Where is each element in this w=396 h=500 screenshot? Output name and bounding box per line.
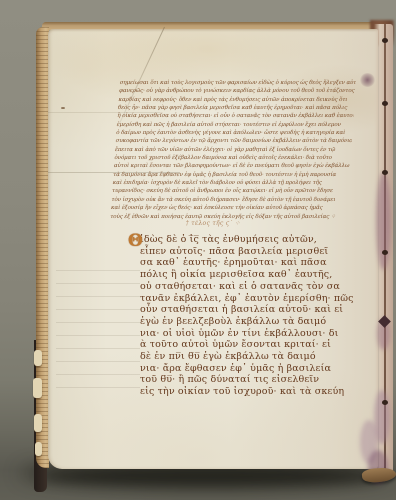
commentary-line: τυραννίδος· σκεύη δὲ αὐτοῦ οἱ ἄνθρωποι ἐ…	[112, 187, 349, 195]
sewing-stitch	[382, 38, 388, 43]
commentary-line: ἢ οἰκία μερισθεῖσα οὐ σταθήσεται· εἰ οὖν…	[117, 112, 354, 120]
commentary-line: φανερῶς· οὐ γὰρ ἀνθρώπου τὸ γινώσκειν κα…	[119, 87, 356, 95]
commentary-line: ἐμερίσθη καὶ πῶς ἡ βασιλεία αὐτοῦ στήσετ…	[116, 121, 353, 129]
purple-gutter-stain	[376, 172, 391, 270]
binding-gutter	[374, 24, 393, 472]
gospel-line: οὐ σταθήσεται· καὶ εἰ ὁ σατανᾶς τὸν σα	[140, 281, 362, 293]
purple-stain-dot	[360, 73, 375, 87]
ruling-line	[56, 374, 140, 375]
commentary-line: τὰ δαιμόνια ἄρα ἔφθασεν ἐφ ὑμᾶς ἡ βασιλε…	[113, 171, 350, 179]
gospel-text-block: Θ ἰδὼς δὲ ὁ ἰ̅ς̅ τὰς ἐνθυμήσεις αὐτῶν, ε…	[140, 234, 362, 398]
gospel-lines: εἶπεν αὐτοῖς· πᾶσα βασιλεία μερισθεῖσα κ…	[140, 246, 362, 398]
commentary-line: καὶ ἐπιδημία· ἰσχυρὸν δὲ καλεῖ τὸν διάβο…	[112, 179, 349, 187]
ruling-line	[56, 270, 140, 271]
manuscript-book: σημείωσαι ὅτι καὶ τοὺς λογισμοὺς τῶν φαρ…	[36, 22, 393, 474]
parchment-page: σημείωσαι ὅτι καὶ τοὺς λογισμοὺς τῶν φαρ…	[48, 29, 378, 469]
ruling-line	[56, 335, 140, 336]
commentary-line: καρδίας καὶ νεφρούς· ὅθεν καὶ πρὸς τὰς ἐ…	[118, 96, 355, 104]
sewing-stitch	[382, 170, 388, 175]
gospel-line: νια· οἱ υἱοὶ ὑμῶν ἐν τίνι ἐκβάλλουσι· δι	[140, 328, 362, 340]
gospel-line: ὰ τοῦτο αὐτοὶ ὑμῶν ἔσονται κριταί· εἰ	[140, 339, 362, 351]
gospel-line: εἰς τὴν οἰκίαν τοῦ ἰσχυροῦ· καὶ τὰ σκεύη	[140, 386, 362, 398]
ruling-line	[56, 361, 140, 362]
commentary-line: θεὸς ἦν· πᾶσα γὰρ φησὶ βασιλεία μερισθεῖ…	[118, 104, 355, 112]
gospel-line: νια· ἄρα ἔφθασεν ἐφ᾽ ὑμᾶς ἡ βασιλεία	[140, 363, 362, 375]
gospel-line: ἰδὼς δὲ ὁ ἰ̅ς̅ τὰς ἐνθυμήσεις αὐτῶν,	[140, 234, 362, 246]
commentary-text-block: σημείωσαι ὅτι καὶ τοὺς λογισμοὺς τῶν φαρ…	[110, 79, 356, 221]
commentary-line: αὐτοὶ κριταὶ ἔσονται τῶν βλασφημούντων· …	[114, 162, 351, 170]
ruling-line	[56, 283, 140, 284]
commentary-line: καὶ ἐξουσίᾳ ἣν εἶχεν ὡς θεός· καὶ ἐσκύλε…	[111, 204, 348, 212]
ruling-line	[56, 348, 140, 349]
commentary-line: σημείωσαι ὅτι καὶ τοὺς λογισμοὺς τῶν φαρ…	[119, 79, 356, 87]
sewing-stitch	[382, 400, 388, 405]
ruling-line	[56, 387, 140, 388]
sewing-stitch	[382, 101, 388, 106]
parchment-curl	[361, 466, 396, 483]
ruling-line	[56, 309, 140, 310]
commentary-line: ὁ δαίμων πρὸς ἑαυτὸν ἀσθενὴς γέγονε καὶ …	[116, 129, 353, 137]
decorated-initial: Θ	[128, 231, 143, 251]
page-edge-bump	[34, 414, 42, 432]
gospel-line: τοῦ θ̅υ̅· ἢ πῶς δύναταί τις εἰσελθεῖν	[140, 374, 362, 386]
ink-speck	[61, 107, 65, 109]
ruling-line	[56, 296, 140, 297]
manuscript-photo: σημείωσαι ὅτι καὶ τοὺς λογισμοὺς τῶν φαρ…	[0, 0, 396, 500]
commentary-line: τὸν ἰσχυρὸν οὐκ ἂν τὰ σκεύη αὐτοῦ διήρπα…	[111, 196, 348, 204]
ruling-line	[56, 322, 140, 323]
lection-rubric: † τέλος τῆς ϛ´ ⁘	[98, 220, 328, 227]
gospel-line: σα καθ᾽ ἑαυτῆς· ἐρημοῦται· καὶ πᾶσα	[140, 257, 362, 269]
gospel-line: ἐγὼ ἐν βεελζεβοὺλ ἐκβάλλω τὰ δαιμό	[140, 316, 362, 328]
commentary-line: συκοφαντία τῶν λεγόντων ἐν τῷ ἄρχοντι τῶ…	[115, 137, 352, 145]
commentary-line: ἔπειτα καὶ ἀπὸ τῶν υἱῶν αὐτῶν ἐλέγχει· ο…	[115, 146, 352, 154]
sewing-stitch	[382, 250, 388, 255]
gospel-line: δὲ ἐν πν̅ι θ̅υ̅ ἐγὼ ἐκβάλλω τὰ δαιμό	[140, 351, 362, 363]
gospel-line: τανᾶν ἐκβάλλει, ἐφ᾽ ἑαυτὸν ἐμερίσθη· πῶς	[140, 293, 362, 305]
commentary-line: ὀνόματι τοῦ χριστοῦ ἐξέβαλλον δαιμόνια κ…	[114, 154, 351, 162]
page-edge-bump	[35, 442, 42, 456]
page-edge-bump	[33, 378, 42, 398]
gospel-line: εἶπεν αὐτοῖς· πᾶσα βασιλεία μερισθεῖ	[140, 246, 362, 258]
page-edge-bump	[34, 350, 42, 366]
gospel-line: οὖν σταθήσεται ἡ βασιλεία αὐτοῦ· καὶ εἰ	[140, 304, 362, 316]
gospel-line: πόλις ἢ οἰκία μερισθεῖσα καθ᾽ ἑαυτῆς,	[140, 269, 362, 281]
